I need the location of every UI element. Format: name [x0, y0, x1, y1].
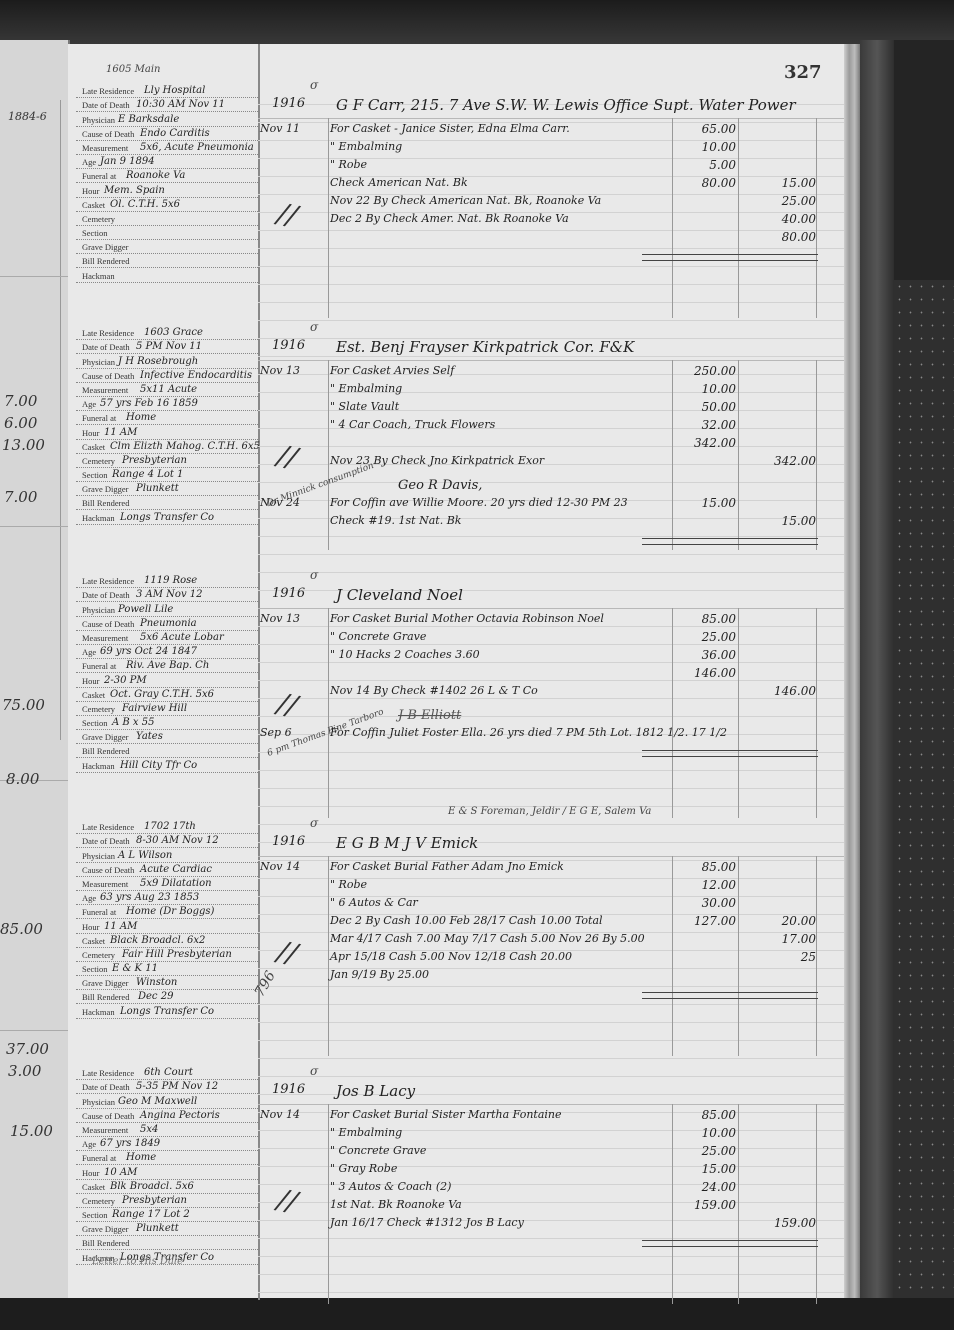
stub-value: 8-30 AM Nov 12 [136, 835, 219, 846]
stub-field-grave-digger: Grave DiggerPlunkett [76, 1222, 258, 1236]
entry-tick-mark: σ [310, 78, 318, 92]
ledger-ruling [258, 1256, 844, 1257]
prev-page-fragment: 37.00 [6, 1040, 49, 1058]
stub-value: 6th Court [144, 1067, 193, 1078]
entry-rule [258, 1104, 844, 1105]
stub-field-section: SectionE & K 11 [76, 962, 258, 976]
stub-value: 11 AM [104, 921, 137, 932]
stub-value: Ol. C.T.H. 5x6 [110, 199, 180, 210]
stub-field-late-residence: Late Residence1603 Grace [76, 326, 258, 340]
stub-value: 11 AM [104, 427, 137, 438]
stub-value: Oct. Gray C.T.H. 5x6 [110, 689, 214, 700]
stub-value: Geo M Maxwell [118, 1096, 197, 1107]
ledger-row: " Gray Robe15.00 [258, 1162, 844, 1178]
stub-column: 1605 MainLate ResidenceLly HospitalDate … [76, 44, 260, 1300]
row-date: Nov 14 [260, 860, 300, 873]
stub-label: Cemetery [82, 950, 115, 960]
stub-field-funeral-at: Funeral atHome [76, 1151, 258, 1165]
stub-field-late-residence: Late ResidenceLly Hospital [76, 84, 258, 98]
stub-label: Hackman [82, 761, 115, 771]
stub-value: Riv. Ave Bap. Ch [126, 660, 209, 671]
stub-value: Hill City Tfr Co [120, 760, 197, 771]
stub-value: A L Wilson [118, 850, 172, 861]
stub-label: Hackman [82, 271, 115, 281]
stub-label: Physician [82, 851, 115, 861]
row-description: For Casket Burial Mother Octavia Robinso… [330, 612, 604, 625]
stub-field-bill-rendered: Bill RenderedDec 29 [76, 990, 258, 1004]
sub-entry-heading: Geo R Davis, [398, 478, 482, 493]
stub-label: Grave Digger [82, 978, 129, 988]
stub-field-measurement: Measurement5x6 Acute Lobar [76, 631, 258, 645]
ledger-row: " Embalming10.00 [258, 382, 844, 398]
stub-field-casket: CasketBlack Broadcl. 6x2 [76, 934, 258, 948]
stub-field-cause-of-death: Cause of DeathAcute Cardiac [76, 863, 258, 877]
ledger-ruling [258, 302, 844, 303]
row-date: Nov 13 [260, 612, 300, 625]
stub-label: Grave Digger [82, 732, 129, 742]
stub-field-date-of-death: Date of Death5-35 PM Nov 12 [76, 1080, 258, 1094]
settled-double-rule [642, 992, 818, 999]
stub-value: Plunkett [136, 1223, 179, 1234]
stub-value: 1702 17th [144, 821, 196, 832]
stub-label: Hour [82, 1168, 99, 1178]
stub-label: Bill Rendered [82, 1238, 129, 1248]
stub-label: Grave Digger [82, 484, 129, 494]
stub-field-cause-of-death: Cause of DeathPneumonia [76, 617, 258, 631]
stub-label: Age [82, 647, 96, 657]
stub-field-cemetery: CemeteryPresbyterian [76, 454, 258, 468]
stub-field-date-of-death: Date of Death3 AM Nov 12 [76, 588, 258, 602]
stub-label: Date of Death [82, 590, 130, 600]
stub-label: Measurement [82, 1125, 128, 1135]
stub-value: Plunkett [136, 483, 179, 494]
row-description: " Embalming [330, 1126, 402, 1139]
ledger-ruling [258, 248, 844, 249]
stub-label: Date of Death [82, 100, 130, 110]
stub-label: Section [82, 228, 108, 238]
row-description: Jan 16/17 Check #1312 Jos B Lacy [330, 1216, 524, 1229]
row-description: For Casket Arvies Self [330, 364, 454, 377]
ledger-row: Nov 13For Casket Burial Mother Octavia R… [258, 612, 844, 628]
column-rule [60, 100, 61, 740]
stub-label: Physician [82, 1097, 115, 1107]
stub-field-physician: PhysicianJ H Rosebrough [76, 354, 258, 368]
row-description: " Robe [330, 158, 367, 171]
stub-footnote: Letter to His Dale [92, 1256, 183, 1267]
stub-label: Cause of Death [82, 129, 134, 139]
row-charge: 250.00 [672, 364, 736, 378]
stub-value: Pneumonia [140, 618, 197, 629]
ledger-row: " Embalming10.00 [258, 1126, 844, 1142]
entry-address-note: E & S Foreman, Jeldir / E G E, Salem Va [448, 806, 651, 817]
stub-value: 3 AM Nov 12 [136, 589, 203, 600]
ledger-ruling [258, 320, 844, 321]
stub-field-section: SectionRange 4 Lot 1 [76, 468, 258, 482]
stub-label: Age [82, 893, 96, 903]
stub-value: 1603 Grace [144, 327, 203, 338]
stub-value: Infective Endocarditis [140, 370, 252, 381]
stub-value: Range 4 Lot 1 [112, 469, 183, 480]
stub-label: Date of Death [82, 1082, 130, 1092]
backdrop [894, 40, 954, 280]
stub-label: Funeral at [82, 661, 116, 671]
ledger-row: Nov 14For Casket Burial Father Adam Jno … [258, 860, 844, 876]
row-charge: 15.00 [672, 1162, 736, 1176]
row-payment: 146.00 [738, 684, 816, 698]
row-description: 1st Nat. Bk Roanoke Va [330, 1198, 462, 1211]
entry-heading: Jos B Lacy [336, 1082, 415, 1100]
stub-field-casket: CasketOl. C.T.H. 5x6 [76, 198, 258, 212]
row-charge: 85.00 [672, 612, 736, 626]
record-stub: 1605 MainLate ResidenceLly HospitalDate … [76, 84, 258, 283]
stub-label: Hackman [82, 513, 115, 523]
stub-value: 63 yrs Aug 23 1853 [100, 892, 199, 903]
stub-label: Age [82, 399, 96, 409]
row-description: For Casket Burial Sister Martha Fontaine [330, 1108, 562, 1121]
page-edges [844, 44, 860, 1300]
stub-value: Clm Elizth Mahog. C.T.H. 6x5 [110, 441, 260, 452]
row-description: Check #19. 1st Nat. Bk [330, 514, 461, 527]
row-date: Nov 24 [260, 496, 300, 509]
row-charge: 15.00 [672, 496, 736, 510]
stub-field-hour: Hour2-30 PM [76, 673, 258, 687]
stub-field-hour: Hour11 AM [76, 919, 258, 933]
stub-value: 67 yrs 1849 [100, 1138, 160, 1149]
ledger-ruling [258, 824, 844, 825]
row-description: Dec 2 By Check Amer. Nat. Bk Roanoke Va [330, 212, 569, 225]
book-binding-bottom [0, 1298, 954, 1330]
row-charge: 50.00 [672, 400, 736, 414]
stub-field-date-of-death: Date of Death10:30 AM Nov 11 [76, 98, 258, 112]
ledger-ruling [258, 1292, 844, 1293]
stub-value: 10 AM [104, 1167, 137, 1178]
row-description: For Coffin Juliet Foster Ella. 26 yrs di… [330, 726, 727, 739]
stub-label: Cemetery [82, 214, 115, 224]
stub-value: 5-35 PM Nov 12 [136, 1081, 218, 1092]
stub-field-section: SectionRange 17 Lot 2 [76, 1208, 258, 1222]
stub-field-measurement: Measurement5x11 Acute [76, 383, 258, 397]
stub-field-cause-of-death: Cause of DeathAngina Pectoris [76, 1109, 258, 1123]
row-description: " Gray Robe [330, 1162, 397, 1175]
stub-label: Cause of Death [82, 1111, 134, 1121]
row-payment: 80.00 [738, 230, 816, 244]
ledger-ruling [258, 356, 844, 357]
entry-heading: G F Carr, 215. 7 Ave S.W. W. Lewis Offic… [336, 96, 796, 114]
stub-label: Hour [82, 676, 99, 686]
stub-field-physician: PhysicianGeo M Maxwell [76, 1094, 258, 1108]
stub-label: Funeral at [82, 171, 116, 181]
stub-value: 5x9 Dilatation [140, 878, 212, 889]
stub-value: Roanoke Va [126, 170, 185, 181]
prev-page-fragment: 3.00 [8, 1062, 41, 1080]
row-charge: 85.00 [672, 1108, 736, 1122]
stub-field-cause-of-death: Cause of DeathInfective Endocarditis [76, 369, 258, 383]
stub-field-measurement: Measurement5x6, Acute Pneumonia [76, 141, 258, 155]
stub-field-age: AgeJan 9 1894 [76, 155, 258, 169]
row-charge: 10.00 [672, 140, 736, 154]
ledger-ruling [258, 1022, 844, 1023]
prev-page-fragment: 8.00 [6, 770, 39, 788]
stub-label: Date of Death [82, 342, 130, 352]
ledger-row: Nov 11For Casket - Janice Sister, Edna E… [258, 122, 844, 138]
stub-label: Physician [82, 357, 115, 367]
entry-tick-mark: σ [310, 1064, 318, 1078]
ledger-ruling [258, 1076, 844, 1077]
stub-field-funeral-at: Funeral atRoanoke Va [76, 169, 258, 183]
ledger-row: " 6 Autos & Car30.00 [258, 896, 844, 912]
stub-field-hackman: HackmanLongs Transfer Co [76, 1004, 258, 1018]
stub-label: Bill Rendered [82, 746, 129, 756]
ledger-ruling [258, 482, 844, 483]
ledger-row: 80.00 [258, 230, 844, 246]
stub-label: Measurement [82, 633, 128, 643]
stub-field-section: SectionA B x 55 [76, 716, 258, 730]
entry-tick-mark: σ [310, 816, 318, 830]
prev-page-fragment: 75.00 [2, 696, 45, 714]
settled-double-rule [642, 1240, 818, 1247]
stub-field-physician: PhysicianA L Wilson [76, 848, 258, 862]
row-charge: 12.00 [672, 878, 736, 892]
stub-value: Mem. Spain [104, 185, 165, 196]
stub-label: Measurement [82, 385, 128, 395]
stub-label: Age [82, 157, 96, 167]
row-description: " 4 Car Coach, Truck Flowers [330, 418, 495, 431]
stub-label: Section [82, 964, 108, 974]
prev-page-fragment: 7.00 [4, 392, 37, 410]
ledger-row: Jan 16/17 Check #1312 Jos B Lacy159.00 [258, 1216, 844, 1232]
ledger-ruling [258, 716, 844, 717]
row-description: " Concrete Grave [330, 630, 426, 643]
entry-heading: Est. Benj Frayser Kirkpatrick Cor. F&K [336, 338, 634, 356]
ledger-ruling [258, 986, 844, 987]
stub-value: 57 yrs Feb 16 1859 [100, 398, 198, 409]
row-charge: 25.00 [672, 1144, 736, 1158]
stub-label: Casket [82, 690, 105, 700]
row-charge: 32.00 [672, 418, 736, 432]
stub-label: Casket [82, 1182, 105, 1192]
record-stub: Late Residence1119 RoseDate of Death3 AM… [76, 574, 258, 773]
row-description: Check American Nat. Bk [330, 176, 468, 189]
stub-label: Physician [82, 115, 115, 125]
ledger-row: " Concrete Grave25.00 [258, 630, 844, 646]
ledger-ruling [258, 1058, 844, 1059]
stub-value: Winston [136, 977, 177, 988]
row-charge: 10.00 [672, 382, 736, 396]
row-date: Nov 14 [260, 1108, 300, 1121]
entry-tick-mark: σ [310, 568, 318, 582]
entry-rule [258, 360, 844, 361]
settled-double-rule [642, 254, 818, 261]
stub-value: Yates [136, 731, 163, 742]
stub-label: Hackman [82, 1007, 115, 1017]
row-description: " Embalming [330, 382, 402, 395]
ledger-row: " Slate Vault50.00 [258, 400, 844, 416]
row-description: " 10 Hacks 2 Coaches 3.60 [330, 648, 480, 661]
row-charge: 342.00 [672, 436, 736, 450]
stub-value: Fairview Hill [122, 703, 187, 714]
stub-label: Funeral at [82, 1153, 116, 1163]
stub-label: Age [82, 1139, 96, 1149]
ledger-area: σ1916G F Carr, 215. 7 Ave S.W. W. Lewis … [258, 44, 844, 1300]
ledger-ruling [258, 284, 844, 285]
entry-heading: J Cleveland Noel [336, 586, 463, 604]
backdrop [894, 280, 954, 1330]
ledger-row: " Robe5.00 [258, 158, 844, 174]
stub-field-bill-rendered: Bill Rendered [76, 496, 258, 510]
ledger-ruling [258, 1274, 844, 1275]
stub-field-grave-digger: Grave DiggerPlunkett [76, 482, 258, 496]
stub-field-hour: HourMem. Spain [76, 183, 258, 197]
stub-field-cemetery: CemeteryPresbyterian [76, 1194, 258, 1208]
prev-page-fragment: 1884-6 [8, 110, 47, 123]
stub-label: Section [82, 470, 108, 480]
ledger-ruling [258, 788, 844, 789]
row-date: Nov 13 [260, 364, 300, 377]
stub-value: 5x4 [140, 1124, 158, 1135]
row-charge: 80.00 [672, 176, 736, 190]
row-payment: 25 [738, 950, 816, 964]
row-description: " 3 Autos & Coach (2) [330, 1180, 451, 1193]
row-charge: 30.00 [672, 896, 736, 910]
settled-double-rule [642, 538, 818, 545]
stub-value: E Barksdale [118, 114, 179, 125]
stub-label: Physician [82, 605, 115, 615]
entry-year: 1916 [272, 1082, 305, 1097]
stub-value: 5x6 Acute Lobar [140, 632, 224, 643]
row-description: Apr 15/18 Cash 5.00 Nov 12/18 Cash 20.00 [330, 950, 572, 963]
stub-value: Home (Dr Boggs) [126, 906, 214, 917]
stub-margin-note: 1605 Main [106, 64, 160, 75]
stub-value: Jan 9 1894 [100, 156, 155, 167]
ledger-row: " Concrete Grave25.00 [258, 1144, 844, 1160]
stub-field-grave-digger: Grave Digger [76, 240, 258, 254]
stub-field-hackman: Hackman [76, 268, 258, 282]
row-charge: 85.00 [672, 860, 736, 874]
ledger-row: Apr 15/18 Cash 5.00 Nov 12/18 Cash 20.00… [258, 950, 844, 966]
stub-field-late-residence: Late Residence1119 Rose [76, 574, 258, 588]
stub-label: Cause of Death [82, 371, 134, 381]
stub-label: Late Residence [82, 1068, 134, 1078]
row-date: Nov 11 [260, 122, 300, 135]
stub-label: Bill Rendered [82, 992, 129, 1002]
stub-field-hackman: HackmanHill City Tfr Co [76, 758, 258, 772]
row-description: For Coffin ave Willie Moore. 20 yrs died… [330, 496, 628, 509]
stub-field-cause-of-death: Cause of DeathEndo Carditis [76, 127, 258, 141]
row-description: Jan 9/19 By 25.00 [330, 968, 429, 981]
stub-value: 69 yrs Oct 24 1847 [100, 646, 197, 657]
stub-value: Blk Broadcl. 5x6 [110, 1181, 194, 1192]
stub-label: Late Residence [82, 86, 134, 96]
stub-value: A B x 55 [112, 717, 154, 728]
stub-field-late-residence: Late Residence1702 17th [76, 820, 258, 834]
ledger-row: Nov 22 By Check American Nat. Bk, Roanok… [258, 194, 844, 210]
stub-field-bill-rendered: Bill Rendered [76, 744, 258, 758]
stub-label: Casket [82, 936, 105, 946]
ledger-ruling [258, 1238, 844, 1239]
stub-label: Grave Digger [82, 1224, 129, 1234]
ledger-row: Dec 2 By Cash 10.00 Feb 28/17 Cash 10.00… [258, 914, 844, 930]
ledger-row: Nov 14For Casket Burial Sister Martha Fo… [258, 1108, 844, 1124]
row-date: Sep 6 [260, 726, 292, 739]
ledger-ruling [258, 1004, 844, 1005]
stub-value: 10:30 AM Nov 11 [136, 99, 225, 110]
stub-field-casket: CasketBlk Broadcl. 5x6 [76, 1180, 258, 1194]
stub-field-hackman: HackmanLongs Transfer Co [76, 510, 258, 524]
stub-value: Black Broadcl. 6x2 [110, 935, 205, 946]
stub-label: Casket [82, 200, 105, 210]
stub-label: Measurement [82, 143, 128, 153]
prev-page-fragment: 85.00 [0, 920, 43, 938]
stub-field-age: Age57 yrs Feb 16 1859 [76, 397, 258, 411]
stub-label: Hour [82, 186, 99, 196]
row-description: " Slate Vault [330, 400, 399, 413]
stub-field-physician: PhysicianPowell Lile [76, 602, 258, 616]
entry-year: 1916 [272, 586, 305, 601]
ledger-row: Dec 2 By Check Amer. Nat. Bk Roanoke Va4… [258, 212, 844, 228]
previous-page-sliver: 1884-6 7.00 6.00 13.00 7.00 75.00 8.00 8… [0, 40, 70, 1298]
row-description: " Concrete Grave [330, 1144, 426, 1157]
stub-label: Date of Death [82, 836, 130, 846]
stub-value: Fair Hill Presbyterian [122, 949, 232, 960]
ledger-row: Nov 23 By Check Jno Kirkpatrick Exor342.… [258, 454, 844, 470]
entry-rule [258, 608, 844, 609]
stub-label: Funeral at [82, 413, 116, 423]
prev-page-fragment: 7.00 [4, 488, 37, 506]
stub-value: Endo Carditis [140, 128, 210, 139]
ledger-row: Jan 9/19 By 25.00 [258, 968, 844, 984]
stub-value: Lly Hospital [144, 85, 205, 96]
row-description: Nov 22 By Check American Nat. Bk, Roanok… [330, 194, 601, 207]
ledger-row: " Robe12.00 [258, 878, 844, 894]
stub-value: 5x6, Acute Pneumonia [140, 142, 254, 153]
stub-value: 2-30 PM [104, 675, 147, 686]
stub-field-cemetery: CemeteryFairview Hill [76, 702, 258, 716]
stub-value: Longs Transfer Co [120, 512, 214, 523]
stub-value: Dec 29 [138, 991, 173, 1002]
stub-field-late-residence: Late Residence6th Court [76, 1066, 258, 1080]
stub-label: Section [82, 1210, 108, 1220]
stub-field-funeral-at: Funeral atHome [76, 411, 258, 425]
stub-value: Acute Cardiac [140, 864, 212, 875]
stub-label: Cemetery [82, 704, 115, 714]
ledger-ruling [258, 554, 844, 555]
ledger-row: " Embalming10.00 [258, 140, 844, 156]
stub-value: Angina Pectoris [140, 1110, 220, 1121]
stub-field-casket: CasketOct. Gray C.T.H. 5x6 [76, 688, 258, 702]
entry-tick-mark: σ [310, 320, 318, 334]
ledger-row: 146.00 [258, 666, 844, 682]
stub-field-funeral-at: Funeral atRiv. Ave Bap. Ch [76, 659, 258, 673]
stub-value: 5x11 Acute [140, 384, 197, 395]
settled-double-rule [642, 750, 818, 757]
stub-value: E & K 11 [112, 963, 158, 974]
ledger-ruling [258, 1040, 844, 1041]
stub-field-bill-rendered: Bill Rendered [76, 254, 258, 268]
ledger-ruling [258, 536, 844, 537]
row-payment: 159.00 [738, 1216, 816, 1230]
stub-value: Home [126, 412, 156, 423]
stub-value: Presbyterian [122, 455, 187, 466]
ledger-ruling [258, 266, 844, 267]
entry-year: 1916 [272, 338, 305, 353]
stub-label: Late Residence [82, 328, 134, 338]
row-rule [0, 526, 68, 527]
row-description: Mar 4/17 Cash 7.00 May 7/17 Cash 5.00 No… [330, 932, 645, 945]
ledger-ruling [258, 572, 844, 573]
stub-field-age: Age63 yrs Aug 23 1853 [76, 891, 258, 905]
ledger-row: Sep 6For Coffin Juliet Foster Ella. 26 y… [258, 726, 844, 742]
stub-field-measurement: Measurement5x9 Dilatation [76, 877, 258, 891]
